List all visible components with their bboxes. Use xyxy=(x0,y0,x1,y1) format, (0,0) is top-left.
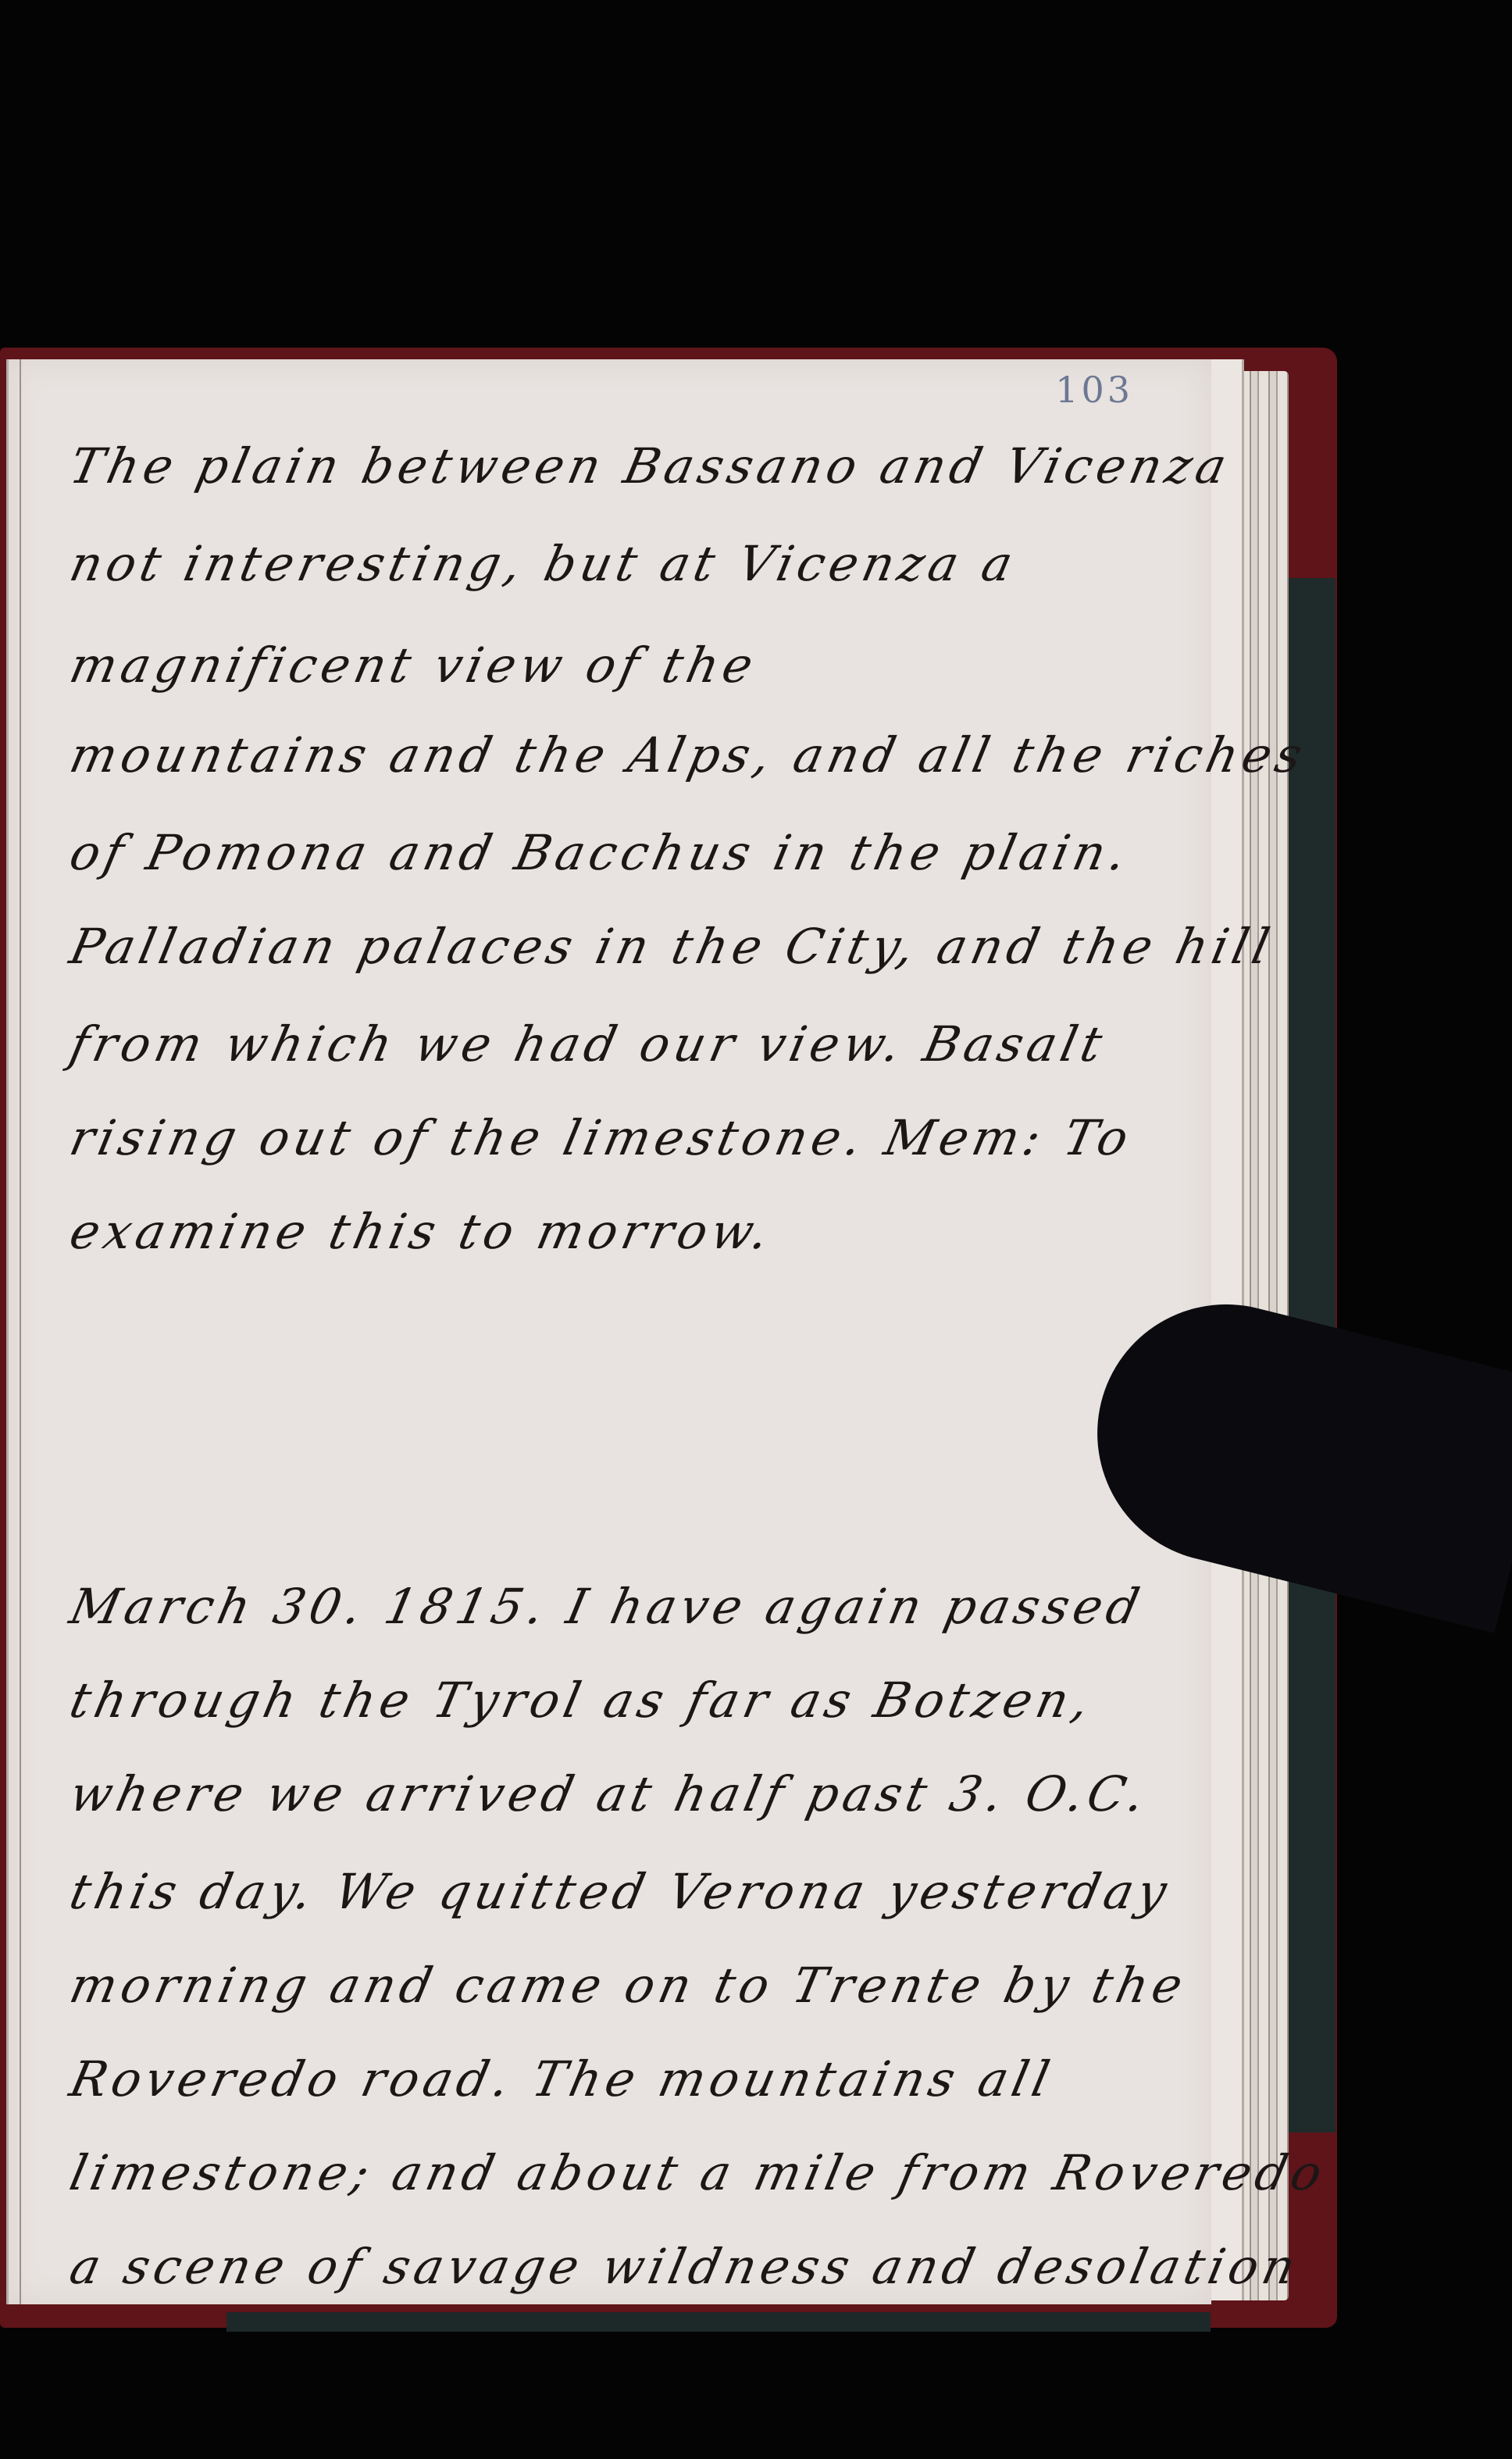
cover-bottom-edge xyxy=(226,2312,1211,2332)
entry1-line3: magnificent view of the xyxy=(65,637,762,694)
entry2-line6: Roveredo road. The mountains all xyxy=(65,2050,1059,2107)
entry1-line2: not interesting, but at Vicenza a xyxy=(65,535,1022,592)
entry2-line3: where we arrived at half past 3. O.C. xyxy=(65,1765,1154,1822)
entry1-line6: Palladian palaces in the City, and the h… xyxy=(65,918,1279,975)
entry2-line5: morning and came on to Trente by the xyxy=(65,1957,1192,2014)
entry1-line4: mountains and the Alps, and all the rich… xyxy=(65,726,1311,783)
folio-number: 103 xyxy=(1055,369,1133,411)
entry2-line8: a scene of savage wildness and desolatio… xyxy=(65,2238,1305,2295)
manuscript-page: 103 The plain between Bassano and Vicenz… xyxy=(6,359,1211,2304)
entry1-line8: rising out of the limestone. Mem: To xyxy=(65,1109,1138,1166)
gutter-fold xyxy=(20,359,21,2304)
entry2-line4: this day. We quitted Verona yesterday xyxy=(65,1863,1176,1920)
entry2-line1: March 30. 1815. I have again passed xyxy=(65,1578,1149,1635)
entry2-line2: through the Tyrol as far as Botzen, xyxy=(65,1672,1099,1729)
entry1-line7: from which we had our view. Basalt xyxy=(65,1015,1111,1072)
entry1-line1: The plain between Bassano and Vicenza xyxy=(65,437,1236,494)
entry2-line7: limestone; and about a mile from Rovered… xyxy=(65,2144,1332,2201)
entry1-line9: examine this to morrow. xyxy=(65,1203,778,1260)
entry1-line5: of Pomona and Bacchus in the plain. xyxy=(65,824,1136,881)
